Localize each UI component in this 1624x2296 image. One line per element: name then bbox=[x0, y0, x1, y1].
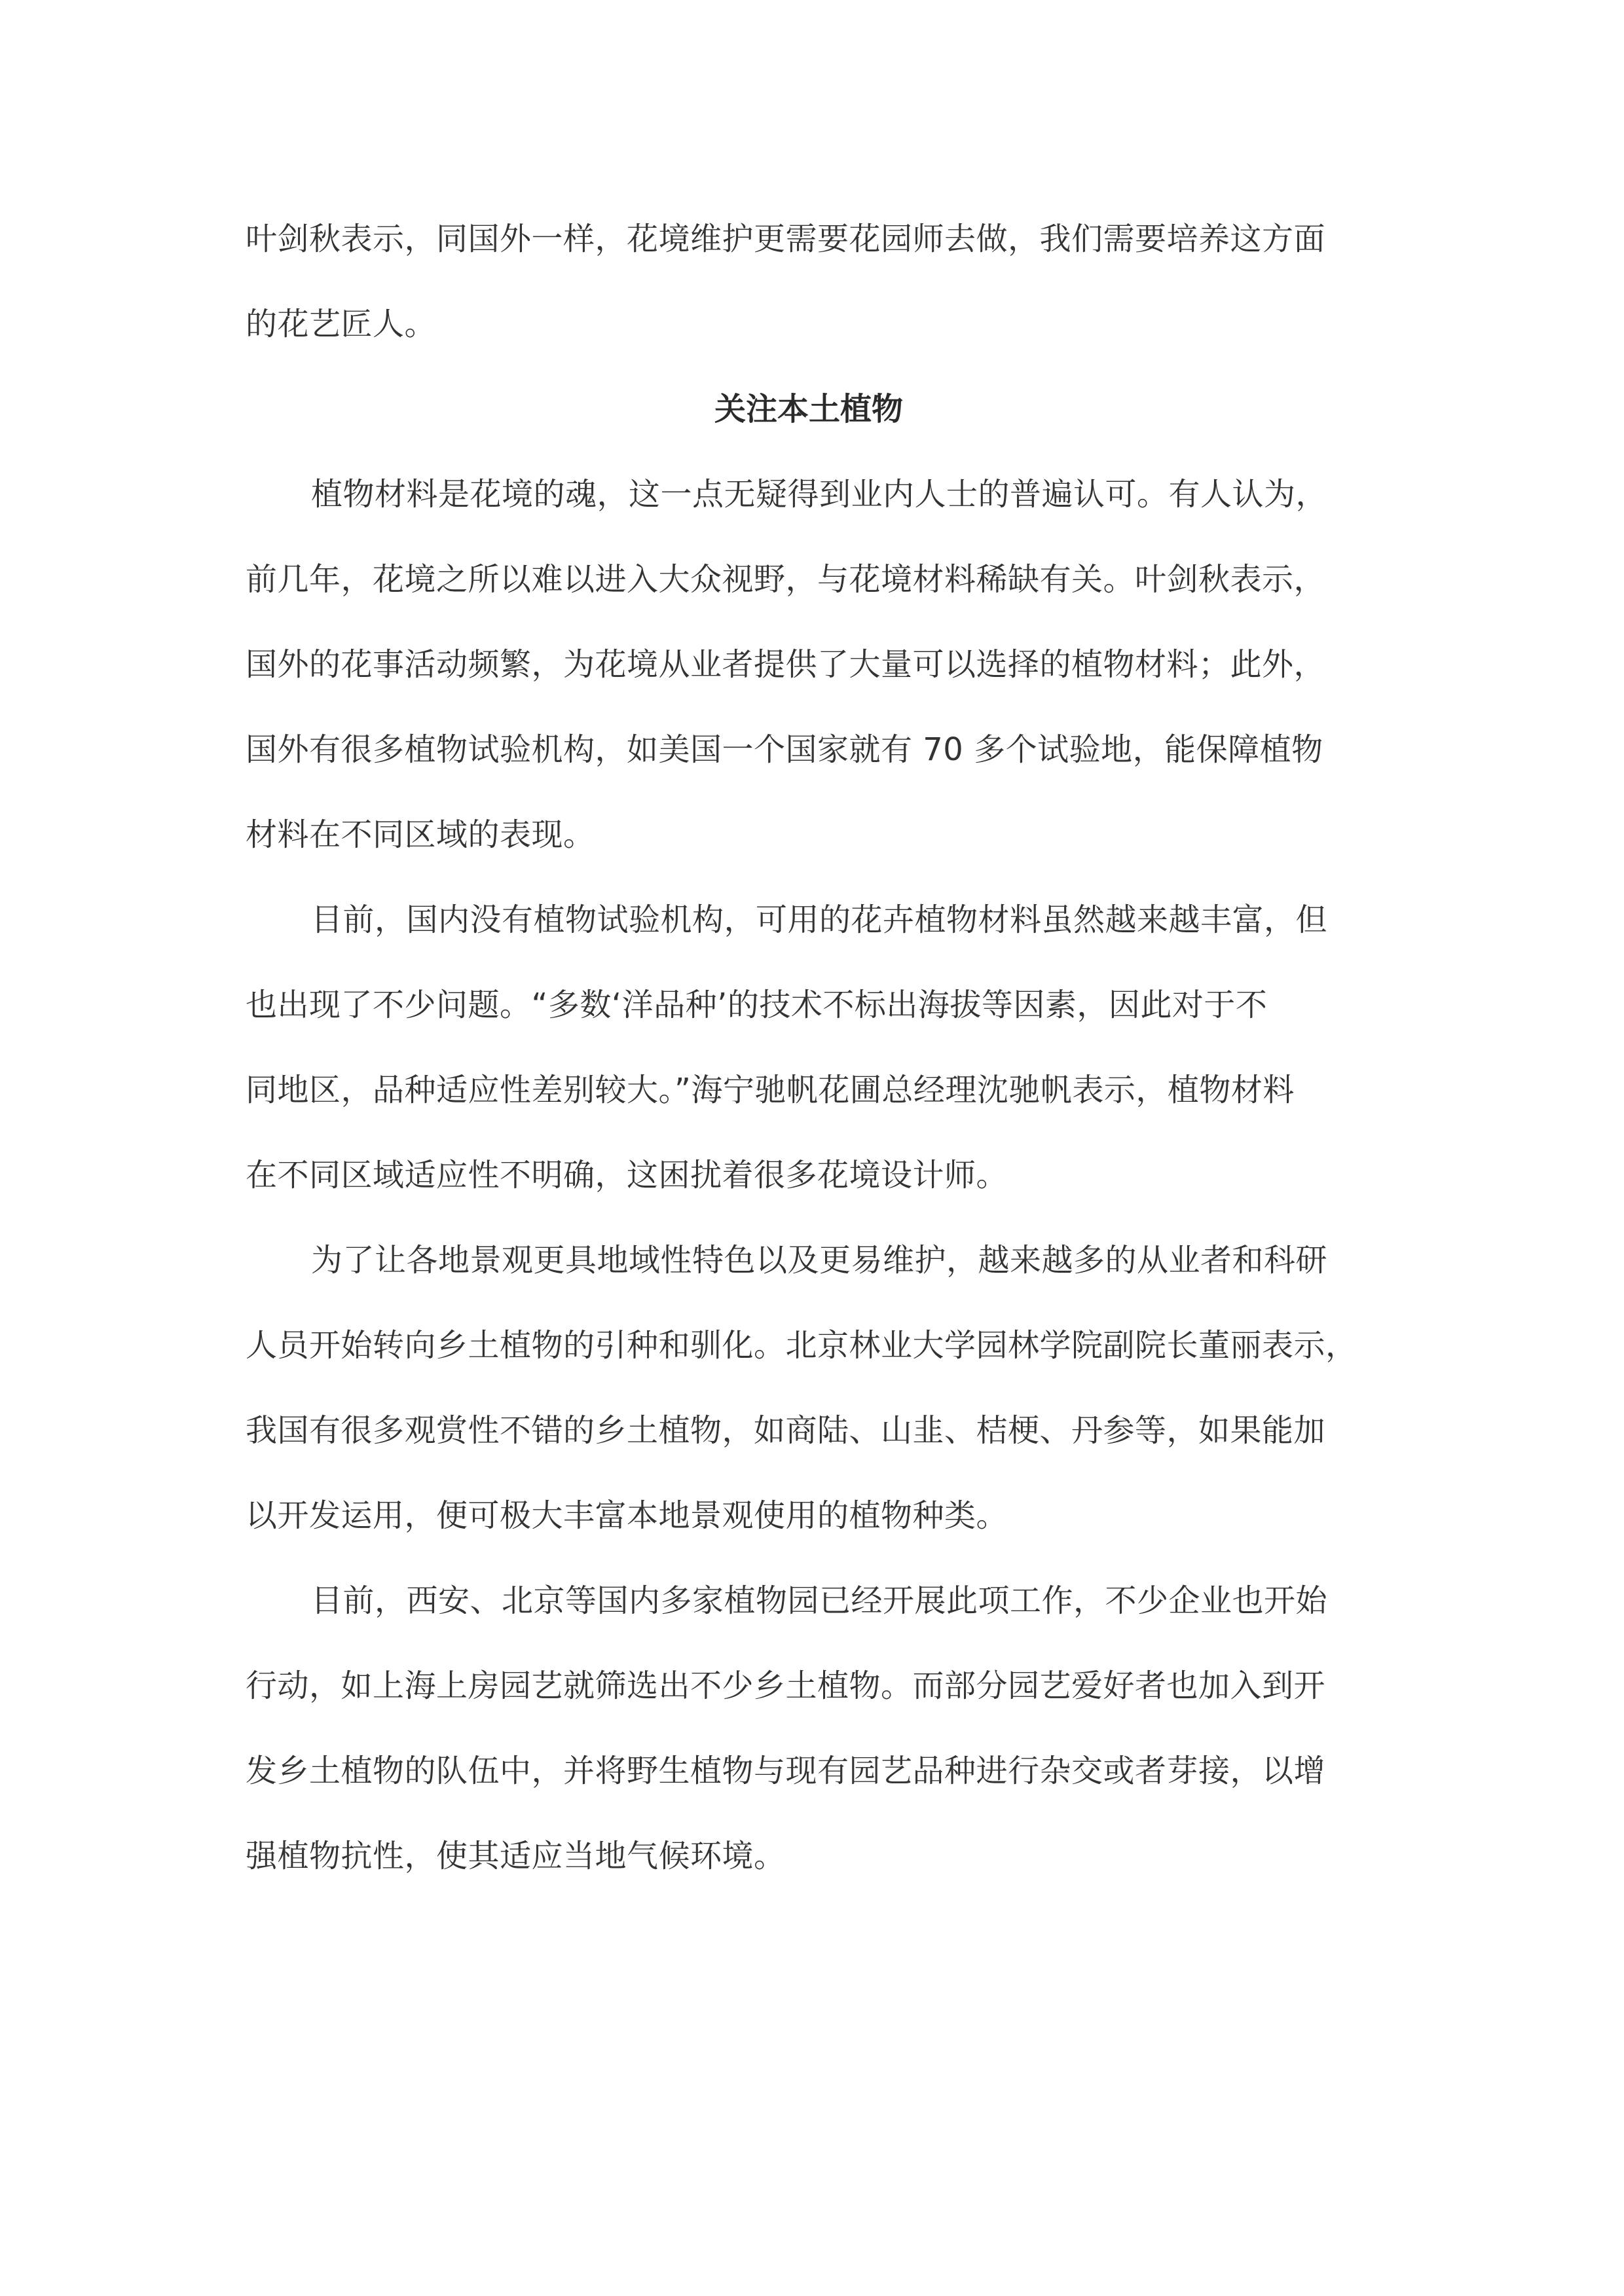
paragraph-domestic-problems: 目前，国内没有植物试验机构，可用的花卉植物材料虽然越来越丰富，但 也出现了不少问… bbox=[246, 877, 1385, 1218]
text-line: 叶剑秋表示，同国外一样，花境维护更需要花园师去做，我们需要培养这方面 bbox=[246, 196, 1385, 282]
text-line: 国外有很多植物试验机构，如美国一个国家就有 70 多个试验地，能保障植物 bbox=[246, 707, 1385, 792]
paragraph-plant-materials: 植物材料是花境的魂，这一点无疑得到业内人士的普遍认可。有人认为， 前几年，花境之… bbox=[246, 452, 1385, 877]
text-line: 发乡土植物的队伍中，并将野生植物与现有园艺品种进行杂交或者芽接，以增 bbox=[246, 1728, 1385, 1813]
document-page: 叶剑秋表示，同国外一样，花境维护更需要花园师去做，我们需要培养这方面 的花艺匠人… bbox=[246, 196, 1385, 1899]
text-line: 我国有很多观赏性不错的乡土植物，如商陆、山韭、桔梗、丹参等，如果能加 bbox=[246, 1388, 1385, 1473]
paragraph-current-efforts: 目前，西安、北京等国内多家植物园已经开展此项工作，不少企业也开始 行动，如上海上… bbox=[246, 1558, 1385, 1899]
text-line: 也出现了不少问题。“多数‘洋品种’的技术不标出海拔等因素，因此对于不 bbox=[246, 962, 1385, 1048]
paragraph-native-plants: 为了让各地景观更具地域性特色以及更易维护，越来越多的从业者和科研 人员开始转向乡… bbox=[246, 1218, 1385, 1558]
text-line: 以开发运用，便可极大丰富本地景观使用的植物种类。 bbox=[246, 1473, 1385, 1558]
text-line: 前几年，花境之所以难以进入大众视野，与花境材料稀缺有关。叶剑秋表示， bbox=[246, 537, 1385, 622]
intro-paragraph: 叶剑秋表示，同国外一样，花境维护更需要花园师去做，我们需要培养这方面 的花艺匠人… bbox=[246, 196, 1385, 367]
text-line: 目前，国内没有植物试验机构，可用的花卉植物材料虽然越来越丰富，但 bbox=[246, 877, 1385, 962]
text-line: 同地区，品种适应性差别较大。”海宁驰帆花圃总经理沈驰帆表示，植物材料 bbox=[246, 1048, 1385, 1133]
section-heading: 关注本土植物 bbox=[246, 367, 1372, 452]
text-line: 目前，西安、北京等国内多家植物园已经开展此项工作，不少企业也开始 bbox=[246, 1558, 1385, 1643]
text-line: 在不同区域适应性不明确，这困扰着很多花境设计师。 bbox=[246, 1133, 1385, 1218]
text-line: 为了让各地景观更具地域性特色以及更易维护，越来越多的从业者和科研 bbox=[246, 1218, 1385, 1303]
text-line: 行动，如上海上房园艺就筛选出不少乡土植物。而部分园艺爱好者也加入到开 bbox=[246, 1643, 1385, 1728]
text-line: 人员开始转向乡土植物的引种和驯化。北京林业大学园林学院副院长董丽表示， bbox=[246, 1303, 1385, 1388]
text-line: 强植物抗性，使其适应当地气候环境。 bbox=[246, 1813, 1385, 1899]
text-line: 材料在不同区域的表现。 bbox=[246, 792, 1385, 877]
text-line: 国外的花事活动频繁，为花境从业者提供了大量可以选择的植物材料；此外， bbox=[246, 622, 1385, 707]
text-line: 植物材料是花境的魂，这一点无疑得到业内人士的普遍认可。有人认为， bbox=[246, 452, 1385, 537]
text-line: 的花艺匠人。 bbox=[246, 282, 1385, 367]
